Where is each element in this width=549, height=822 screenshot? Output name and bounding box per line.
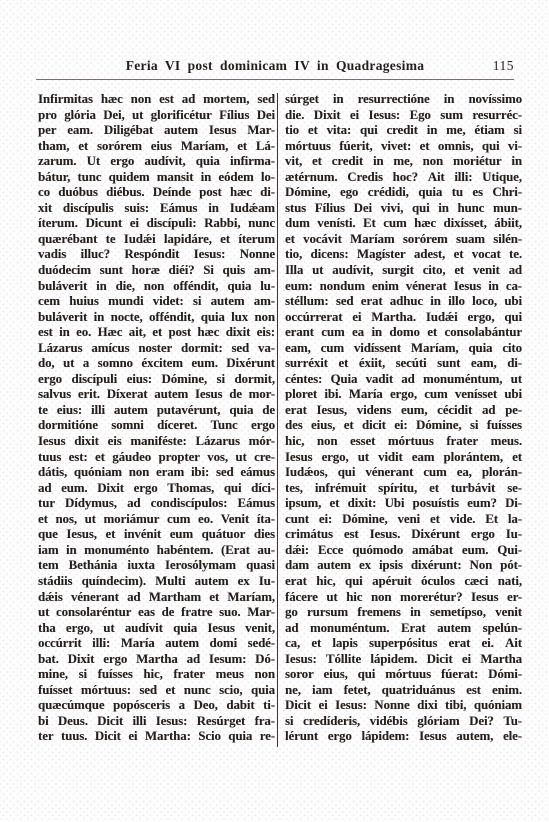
text-line: stádiisquíndecim).MultiautemexIu- xyxy=(38,574,275,590)
text-line: thaergo,utaudívitquiaIesusvenit, xyxy=(38,621,275,637)
text-line: teeius:illiautemputavérunt,quiade xyxy=(38,403,275,419)
text-line: tio,dicens:Magísteradest,etvocatte. xyxy=(285,247,522,263)
text-line: buláveritindie,nonofféndit,quialu- xyxy=(38,279,275,295)
text-line: temBethániaiuxtaIerosólymamquasi xyxy=(38,558,275,574)
running-title: Feria VI post dominicam IV in Quadragesi… xyxy=(36,58,514,74)
text-line: eum:nondumenimvéneratIesusinca- xyxy=(285,279,522,295)
text-line: occúrrerateiMartha.Iudǽiergo,qui xyxy=(285,310,522,326)
text-line: coduóbusdiébus.Deíndeposthæcdi- xyxy=(38,185,275,201)
text-line: DiciteiIesus:Nonnedixitibi,quóniam xyxy=(285,698,522,714)
text-line: íterum.Dicunteidiscípuli:Rabbi,nunc xyxy=(38,216,275,232)
text-line: tes,infrémuitspíritu,etturbávitse- xyxy=(285,481,522,497)
text-line: tioetvita:quicreditinme,étiamsi xyxy=(285,123,522,139)
right-column: súrgetinresurrectióneinnovíssimodie.Dixi… xyxy=(285,92,522,745)
text-line: die.DixiteiIesus:Egosumresurréc- xyxy=(285,108,522,124)
book-page: Feria VI post dominicam IV in Quadragesi… xyxy=(0,0,549,822)
text-line: proglóriaDei,utglorificéturFíliusDei xyxy=(38,108,275,124)
text-line: occúrritilli:Maríaautemdomisedé- xyxy=(38,636,275,652)
text-line: duódecimsunthorædiéi?Siquisam- xyxy=(38,263,275,279)
text-line: adeum.DixitergoThomas,quidíci- xyxy=(38,481,275,497)
text-line: quæcúmquepopóscerisaDeo,dabitti- xyxy=(38,698,275,714)
text-line: peream.DiligébatautemIesusMar- xyxy=(38,123,275,139)
text-line: tham,etsoróremeiusMaríam,etLá- xyxy=(38,139,275,155)
text-line: ipsum,etdixit:Ubiposuístiseum?Di- xyxy=(285,496,522,512)
text-line: Lázarusamícusnosterdormit:sedva- xyxy=(38,341,275,357)
text-line: fuíssetmórtuus:sedetnuncscio,quia xyxy=(38,683,275,699)
text-line: eratIesus,videnseum,céciditadpe- xyxy=(285,403,522,419)
text-line: léruntergolápidem:Iesusautem,ele- xyxy=(285,729,522,745)
text-line: gorursumfremensinsemetípso,venit xyxy=(285,605,522,621)
text-line: vadisilluc?RespónditIesus:Nonne xyxy=(38,247,275,263)
text-line: damautemexipsisdixérunt:Nonpót- xyxy=(285,558,522,574)
text-line: dǽisvénerantadMarthametMaríam, xyxy=(38,590,275,606)
text-line: admonuméntum.Eratautemspelún- xyxy=(285,621,522,637)
text-line: dormitiónesomnidíceret.Tuncergo xyxy=(38,418,275,434)
text-line: Iesusergo,utviditeamplorántem,et xyxy=(285,450,522,466)
text-line: ploretibi.Maríaergo,cumveníssetubi xyxy=(285,387,522,403)
text-line: eam,cumvidíssentMaríam,quiacito xyxy=(285,341,522,357)
text-line: surréxitetéxiit,secútisunteam,di- xyxy=(285,356,522,372)
text-line: Dómine,egocrédidi,quiatuesChri- xyxy=(285,185,522,201)
text-line: ergodiscípulieius:Dómine,sidormit, xyxy=(38,372,275,388)
text-line: sororeius,quimórtuusfúerat:Dómi- xyxy=(285,667,522,683)
column-divider-rule xyxy=(277,93,278,747)
text-line: tuusest:etgáudeoproptervos,utcre- xyxy=(38,450,275,466)
text-line: bátur,tuncquidemmansitineódemlo- xyxy=(38,170,275,186)
text-line: tertuus.DiciteiMartha:Scioquiare- xyxy=(38,729,275,745)
text-line: stéllum:sederatadhucinilloloco,ubi xyxy=(285,294,522,310)
text-line: ca,etlapissuperpósituseratei.Ait xyxy=(285,636,522,652)
page-number: 115 xyxy=(493,58,514,74)
text-line: bat.DixitergoMarthaadIesum:Dó- xyxy=(38,652,275,668)
text-line: cuntei:Dómine,venietvide.Etla- xyxy=(285,512,522,528)
text-line: iaminmonuméntohabéntem.(Eratau- xyxy=(38,543,275,559)
text-line: crimátusestIesus.DixéruntergoIu- xyxy=(285,527,522,543)
text-line: biDeus.DicitilliIesus:Resúrgetfra- xyxy=(38,714,275,730)
text-line: erathic,quiapéruitóculoscæcinati, xyxy=(285,574,522,590)
text-line: mórtuusfúerit,vivet:etomnis,quivi- xyxy=(285,139,522,155)
text-line: céntes:Quiavaditadmonuméntum,ut xyxy=(285,372,522,388)
text-line: quærébantteIudǽilapidáre,etíterum xyxy=(38,232,275,248)
text-line: Infirmitashæcnonestadmortem,sed xyxy=(38,92,275,108)
text-line: Iesus:Tóllitelápidem.DiciteiMartha xyxy=(285,652,522,668)
text-line: estineo.Hæcait,etposthæcdixiteis: xyxy=(38,325,275,341)
text-line: ne,iamfetet,quatriduánusestenim. xyxy=(285,683,522,699)
text-line: Illautaudívit,surgitcito,etvenitad xyxy=(285,263,522,279)
text-line: Iudǽos,quivénerantcumea,plorán- xyxy=(285,465,522,481)
page-header: Feria VI post dominicam IV in Quadragesi… xyxy=(36,58,514,76)
text-line: fácereuthicnonmorerétur?Iesuser- xyxy=(285,590,522,606)
text-line: vit,etcreditinme,nonmoriéturin xyxy=(285,154,522,170)
text-line: turDídymus,adcondiscípulos:Eámus xyxy=(38,496,275,512)
text-line: cemhuiusmundividet:siautemam- xyxy=(38,294,275,310)
text-line: etvocávitMaríamsoróremsuamsilén- xyxy=(285,232,522,248)
text-line: etnos,utmoriámurcumeo.Venitíta- xyxy=(38,512,275,528)
text-line: buláveritinnocte,offéndit,quialuxnon xyxy=(38,310,275,326)
header-rule xyxy=(36,79,514,80)
text-line: dátis,quóniamnoneramibi:sedeámus xyxy=(38,465,275,481)
text-line: hic,nonessetmórtuusfratermeus. xyxy=(285,434,522,450)
text-line: salvuserit.DíxeratautemIesusdemor- xyxy=(38,387,275,403)
text-line: sicredíderis,vidébisglóriamDei?Tu- xyxy=(285,714,522,730)
text-line: xitdiscípulissuis:EámusinIudǽam xyxy=(38,201,275,217)
text-line: mine,sifuísseshic,fratermeusnon xyxy=(38,667,275,683)
text-line: stusFíliusDeivivi,quiinhuncmun- xyxy=(285,201,522,217)
text-line: zarum.Utergoaudívit,quiainfirma- xyxy=(38,154,275,170)
text-line: utconsolaréntureasdefratresuo.Mar- xyxy=(38,605,275,621)
text-line: queIesus,etinvéniteumquátuordies xyxy=(38,527,275,543)
text-line: Iesusdixiteismaniféste:Lázarusmór- xyxy=(38,434,275,450)
text-line: do,utasomnoéxcitemeum.Dixérunt xyxy=(38,356,275,372)
text-line: súrgetinresurrectióneinnovíssimo xyxy=(285,92,522,108)
text-line: deseius,etdicitei:Dómine,sifuísses xyxy=(285,418,522,434)
text-line: dǽi:Eccequómodoamábateum.Qui- xyxy=(285,543,522,559)
text-line: erantcumeaindomoetconsolabántur xyxy=(285,325,522,341)
text-line: ætérnum.Credishoc?Aitilli:Utique, xyxy=(285,170,522,186)
text-line: dumvenísti.Etcumhæcdixísset,ábiit, xyxy=(285,216,522,232)
left-column: Infirmitashæcnonestadmortem,sedproglória… xyxy=(38,92,275,745)
